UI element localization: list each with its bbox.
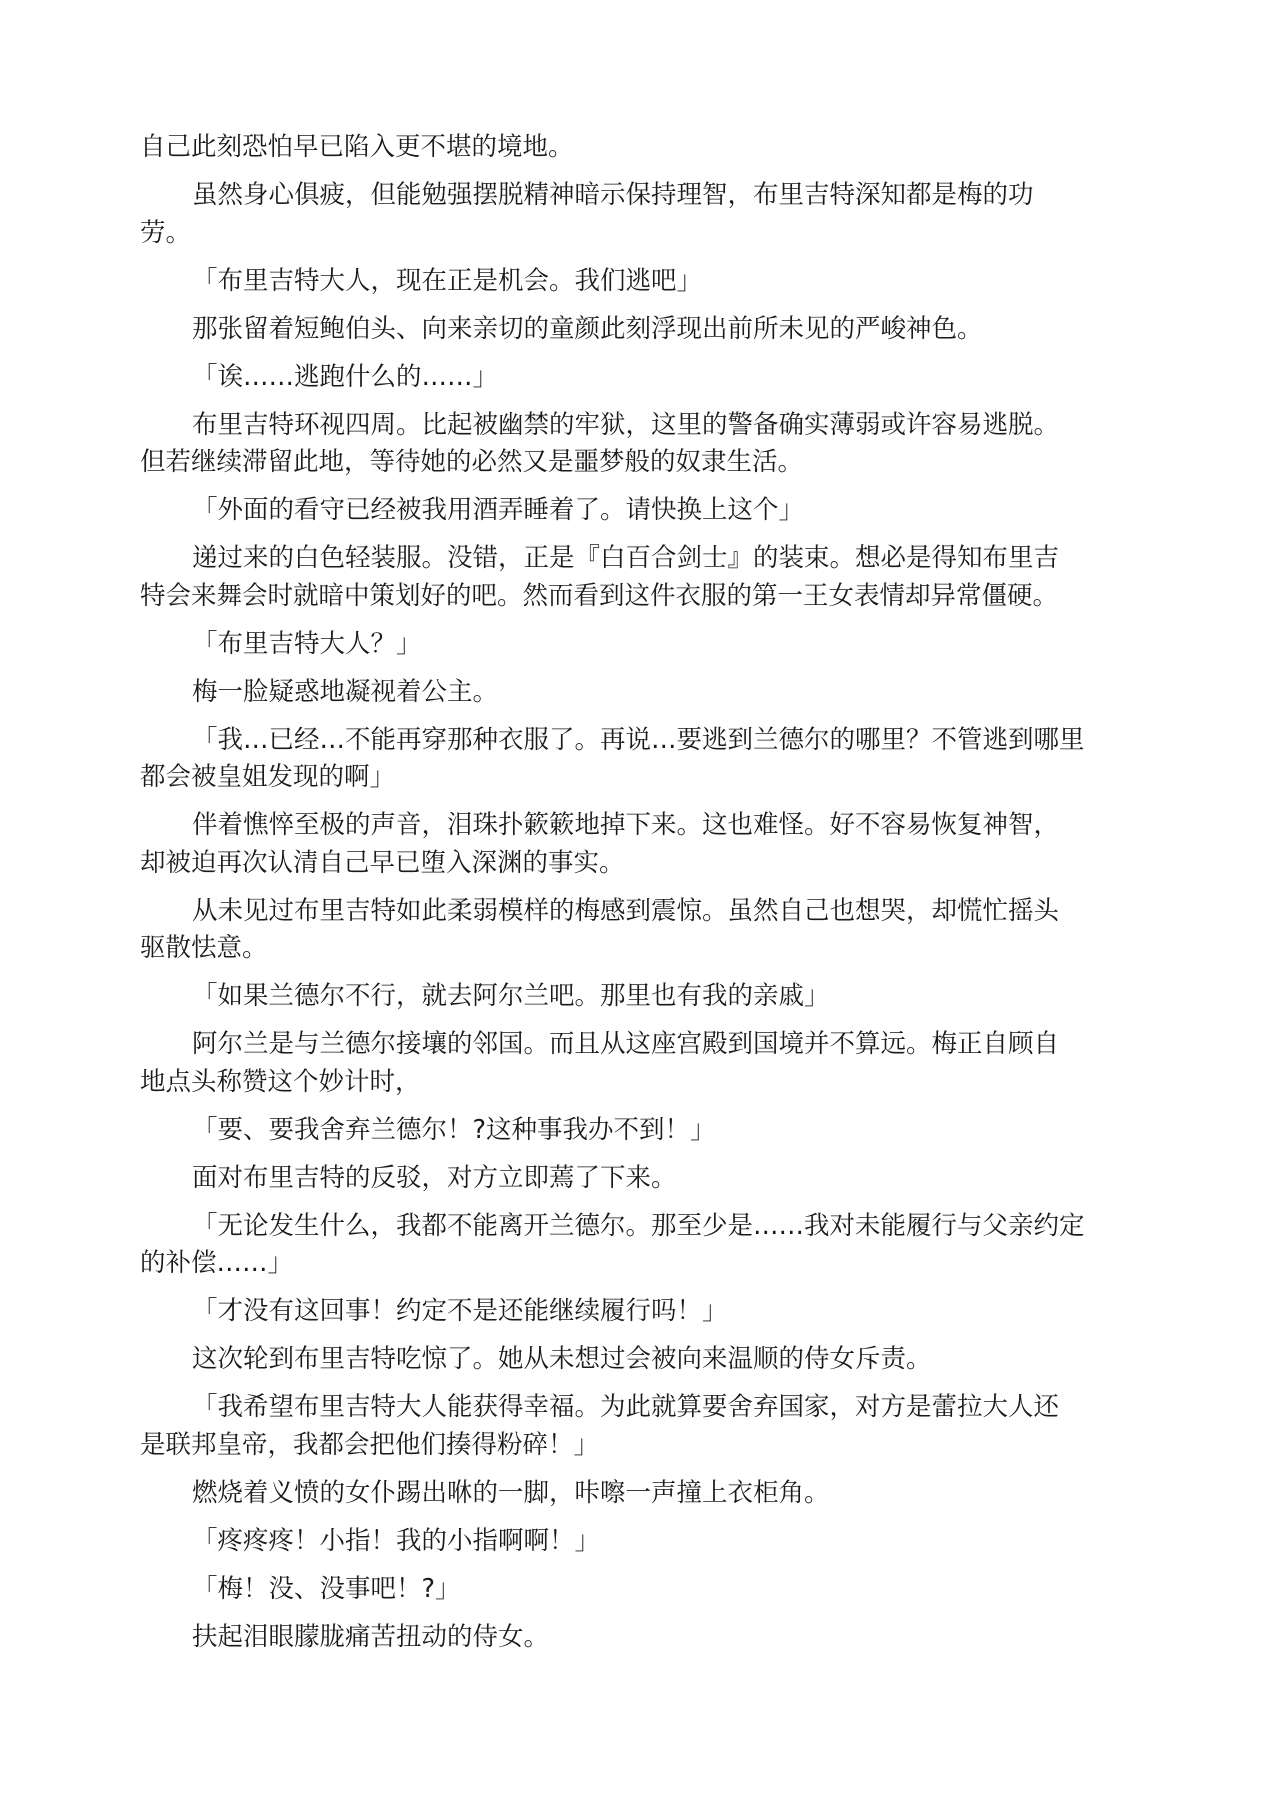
text-line: 阿尔兰是与兰德尔接壤的邻国。而且从这座宫殿到国境并不算远。梅正自顾自	[140, 1026, 1140, 1064]
paragraph: 扶起泪眼朦胧痛苦扭动的侍女。	[140, 1619, 1140, 1657]
document-page: 自己此刻恐怕早已陷入更不堪的境地。 虽然身心俱疲，但能勉强摆脱精神暗示保持理智，…	[140, 129, 1140, 1667]
paragraph-continued: 自己此刻恐怕早已陷入更不堪的境地。	[140, 129, 1140, 167]
dialogue-paragraph: 「布里吉特大人？」	[140, 626, 1140, 664]
text-line: 面对布里吉特的反驳，对方立即蔫了下来。	[140, 1160, 1140, 1198]
paragraph: 布里吉特环视四周。比起被幽禁的牢狱，这里的警备确实薄弱或许容易逃脱。 但若继续滞…	[140, 407, 1140, 482]
text-line: 但若继续滞留此地，等待她的必然又是噩梦般的奴隶生活。	[140, 444, 1140, 482]
paragraph: 燃烧着义愤的女仆踢出咻的一脚，咔嚓一声撞上衣柜角。	[140, 1475, 1140, 1513]
dialogue-paragraph: 「我…已经…不能再穿那种衣服了。再说…要逃到兰德尔的哪里？不管逃到哪里 都会被皇…	[140, 722, 1140, 797]
paragraph: 阿尔兰是与兰德尔接壤的邻国。而且从这座宫殿到国境并不算远。梅正自顾自 地点头称赞…	[140, 1026, 1140, 1101]
text-line: 是联邦皇帝，我都会把他们揍得粉碎！」	[140, 1427, 1140, 1465]
dialogue-paragraph: 「要、要我舍弃兰德尔！?这种事我办不到！」	[140, 1112, 1140, 1150]
paragraph: 那张留着短鲍伯头、向来亲切的童颜此刻浮现出前所未见的严峻神色。	[140, 311, 1140, 349]
text-line: 驱散怯意。	[140, 930, 1140, 968]
text-line: 「才没有这回事！约定不是还能继续履行吗！」	[140, 1293, 1140, 1331]
dialogue-paragraph: 「外面的看守已经被我用酒弄睡着了。请快换上这个」	[140, 492, 1140, 530]
paragraph: 梅一脸疑惑地凝视着公主。	[140, 674, 1140, 712]
text-line: 「疼疼疼！小指！我的小指啊啊！」	[140, 1523, 1140, 1561]
dialogue-paragraph: 「梅！没、没事吧！?」	[140, 1571, 1140, 1609]
text-line: 虽然身心俱疲，但能勉强摆脱精神暗示保持理智，布里吉特深知都是梅的功	[140, 177, 1140, 215]
text-line: 伴着憔悴至极的声音，泪珠扑簌簌地掉下来。这也难怪。好不容易恢复神智，	[140, 807, 1140, 845]
text-line: 递过来的白色轻装服。没错，正是『白百合剑士』的装束。想必是得知布里吉	[140, 540, 1140, 578]
text-line: 那张留着短鲍伯头、向来亲切的童颜此刻浮现出前所未见的严峻神色。	[140, 311, 1140, 349]
text-line: 地点头称赞这个妙计时，	[140, 1064, 1140, 1102]
text-line: 「我…已经…不能再穿那种衣服了。再说…要逃到兰德尔的哪里？不管逃到哪里	[140, 722, 1140, 760]
text-line: 扶起泪眼朦胧痛苦扭动的侍女。	[140, 1619, 1140, 1657]
text-line: 梅一脸疑惑地凝视着公主。	[140, 674, 1140, 712]
text-line: 自己此刻恐怕早已陷入更不堪的境地。	[140, 129, 1140, 167]
text-line: 「如果兰德尔不行，就去阿尔兰吧。那里也有我的亲戚」	[140, 978, 1140, 1016]
text-line: 「梅！没、没事吧！?」	[140, 1571, 1140, 1609]
paragraph: 从未见过布里吉特如此柔弱模样的梅感到震惊。虽然自己也想哭，却慌忙摇头 驱散怯意。	[140, 893, 1140, 968]
dialogue-paragraph: 「无论发生什么，我都不能离开兰德尔。那至少是……我对未能履行与父亲约定 的补偿……	[140, 1208, 1140, 1283]
text-line: 从未见过布里吉特如此柔弱模样的梅感到震惊。虽然自己也想哭，却慌忙摇头	[140, 893, 1140, 931]
text-line: 的补偿……」	[140, 1245, 1140, 1283]
text-line: 却被迫再次认清自己早已堕入深渊的事实。	[140, 845, 1140, 883]
dialogue-paragraph: 「如果兰德尔不行，就去阿尔兰吧。那里也有我的亲戚」	[140, 978, 1140, 1016]
text-line: 「布里吉特大人，现在正是机会。我们逃吧」	[140, 263, 1140, 301]
dialogue-paragraph: 「诶……逃跑什么的……」	[140, 359, 1140, 397]
text-line: 「我希望布里吉特大人能获得幸福。为此就算要舍弃国家，对方是蕾拉大人还	[140, 1389, 1140, 1427]
dialogue-paragraph: 「我希望布里吉特大人能获得幸福。为此就算要舍弃国家，对方是蕾拉大人还 是联邦皇帝…	[140, 1389, 1140, 1464]
text-line: 「要、要我舍弃兰德尔！?这种事我办不到！」	[140, 1112, 1140, 1150]
text-line: 都会被皇姐发现的啊」	[140, 759, 1140, 797]
text-line: 「无论发生什么，我都不能离开兰德尔。那至少是……我对未能履行与父亲约定	[140, 1208, 1140, 1246]
paragraph: 这次轮到布里吉特吃惊了。她从未想过会被向来温顺的侍女斥责。	[140, 1341, 1140, 1379]
text-line: 布里吉特环视四周。比起被幽禁的牢狱，这里的警备确实薄弱或许容易逃脱。	[140, 407, 1140, 445]
text-line: 劳。	[140, 215, 1140, 253]
paragraph: 递过来的白色轻装服。没错，正是『白百合剑士』的装束。想必是得知布里吉 特会来舞会…	[140, 540, 1140, 615]
dialogue-paragraph: 「疼疼疼！小指！我的小指啊啊！」	[140, 1523, 1140, 1561]
paragraph: 面对布里吉特的反驳，对方立即蔫了下来。	[140, 1160, 1140, 1198]
text-line: 这次轮到布里吉特吃惊了。她从未想过会被向来温顺的侍女斥责。	[140, 1341, 1140, 1379]
text-line: 「诶……逃跑什么的……」	[140, 359, 1140, 397]
dialogue-paragraph: 「布里吉特大人，现在正是机会。我们逃吧」	[140, 263, 1140, 301]
text-line: 特会来舞会时就暗中策划好的吧。然而看到这件衣服的第一王女表情却异常僵硬。	[140, 578, 1140, 616]
text-line: 燃烧着义愤的女仆踢出咻的一脚，咔嚓一声撞上衣柜角。	[140, 1475, 1140, 1513]
text-line: 「外面的看守已经被我用酒弄睡着了。请快换上这个」	[140, 492, 1140, 530]
text-line: 「布里吉特大人？」	[140, 626, 1140, 664]
paragraph: 虽然身心俱疲，但能勉强摆脱精神暗示保持理智，布里吉特深知都是梅的功 劳。	[140, 177, 1140, 252]
paragraph: 伴着憔悴至极的声音，泪珠扑簌簌地掉下来。这也难怪。好不容易恢复神智， 却被迫再次…	[140, 807, 1140, 882]
dialogue-paragraph: 「才没有这回事！约定不是还能继续履行吗！」	[140, 1293, 1140, 1331]
